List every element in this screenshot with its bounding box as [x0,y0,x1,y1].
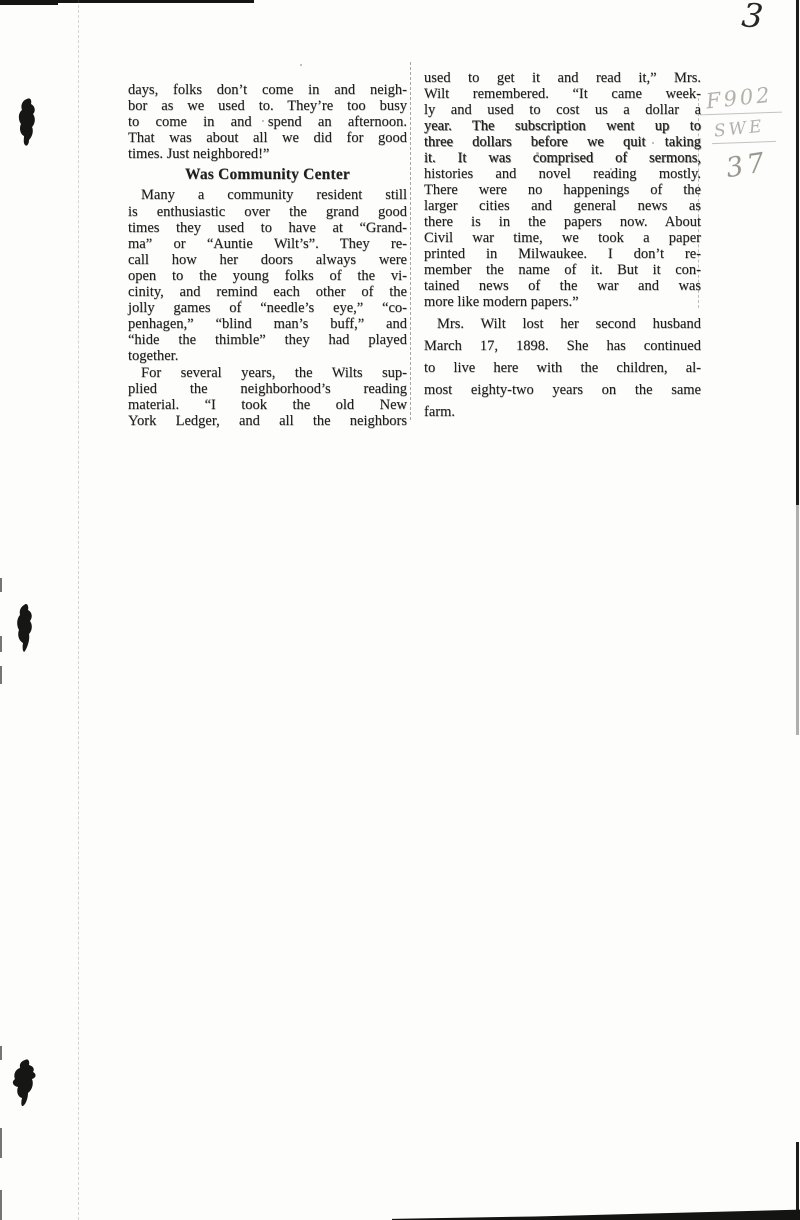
text-line: to come in and spend an afternoon. [128,114,407,130]
text-line: three dollars before we quit taking [424,134,701,150]
text-line: larger cities and general news as [424,198,701,214]
paragraph: For several years, the Wilts sup-plied t… [128,365,407,429]
text-line: it. It was comprised of sermons, [424,150,701,166]
handwritten-page-number: 3 [740,0,765,36]
scan-edge-left-mark [0,636,2,652]
text-line: times they used to have at “Grand- [128,220,407,236]
text-line: days, folks don’t come in and neigh- [128,82,407,98]
scan-edge-top-mark [0,0,58,5]
pencil-annotation: SWE [713,116,765,141]
column-divider-rule [410,62,411,420]
print-speck [240,300,242,302]
text-line: Mrs. Wilt lost her second husband [424,313,701,335]
text-line: together. [128,348,407,364]
print-speck [300,64,302,66]
text-line: tained news of the war and was [424,278,701,294]
text-line: histories and novel reading mostly. [424,166,701,182]
text-line: printed in Milwaukee. I don’t re- [424,246,701,262]
text-line: March 17, 1898. She has continued [424,335,701,357]
print-speck [262,120,264,122]
newspaper-column-right: used to get it and read it,” Mrs.Wilt re… [424,70,701,423]
ink-blob [11,1058,38,1108]
scanned-document-page: 3 F902 SWE 37 days, folks don’t come in … [0,0,800,1220]
text-line: times. Just neighbored!” [128,146,407,162]
scan-edge-left-mark [0,1046,2,1060]
text-line: Civil war time, we took a paper [424,230,701,246]
pencil-annotation: 37 [724,147,771,184]
ink-blob [17,97,39,147]
paragraph: Mrs. Wilt lost her second husbandMarch 1… [424,313,701,423]
text-line: ma” or “Auntie Wilt’s”. They re- [128,236,407,252]
text-line: to live here with the children, al- [424,357,701,379]
text-line: ly and used to cost us a dollar a [424,102,701,118]
scan-edge-right-mark [796,505,799,735]
text-line: York Ledger, and all the neighbors [128,413,407,429]
paragraph: used to get it and read it,” Mrs.Wilt re… [424,70,701,310]
text-line: cinity, and remind each other of the [128,284,407,300]
article-subheading: Was Community Center [128,166,407,184]
text-line: Wilt remembered. “It came week- [424,86,701,102]
scan-edge-left-mark [0,1128,2,1158]
text-line: open to the young folks of the vi- [128,268,407,284]
paper-fold-line [78,0,79,1220]
text-line: That was about all we did for good [128,130,407,146]
text-line: jolly games of “needle’s eye,” “co- [128,300,407,316]
text-line: most eighty-two years on the same [424,379,701,401]
text-line: There were no happenings of the [424,182,701,198]
print-speck [610,168,612,170]
ink-blob [15,602,35,654]
text-line: “hide the thimble” they had played [128,332,407,348]
pencil-underline [712,141,776,144]
paragraph: Many a community resident stillis enthus… [128,187,407,364]
newspaper-column-left: days, folks don’t come in and neigh-bor … [128,82,407,429]
text-line: Many a community resident still [128,187,407,203]
print-speck [574,190,577,192]
text-line: is enthusiastic over the grand good [128,204,407,220]
text-line: plied the neighborhood’s reading [128,381,407,397]
scan-edge-right-mark [796,1142,799,1220]
paragraph: days, folks don’t come in and neigh-bor … [128,82,407,162]
text-line: year. The subscription went up to [424,118,701,134]
text-line: call how her doors always were [128,252,407,268]
text-line: penhagen,” “blind man’s buff,” and [128,316,407,332]
text-line: more like modern papers.” [424,294,701,310]
pencil-annotation: F902 [705,83,774,114]
scan-edge-bottom-mark [392,1209,800,1220]
scan-edge-left-mark [0,1190,2,1220]
text-line: For several years, the Wilts sup- [128,365,407,381]
text-line: member the name of it. But it con- [424,262,701,278]
text-line: material. “I took the old New [128,397,407,413]
scan-edge-right-mark [796,0,799,505]
scan-edge-left-mark [0,578,2,592]
text-line: bor as we used to. They’re too busy [128,98,407,114]
print-speck [652,142,654,144]
scan-edge-left-mark [0,666,2,684]
print-speck [536,152,539,155]
text-line: used to get it and read it,” Mrs. [424,70,701,86]
scan-edge-top-mark [56,0,254,3]
text-line: there is in the papers now. About [424,214,701,230]
text-line: farm. [424,401,701,423]
